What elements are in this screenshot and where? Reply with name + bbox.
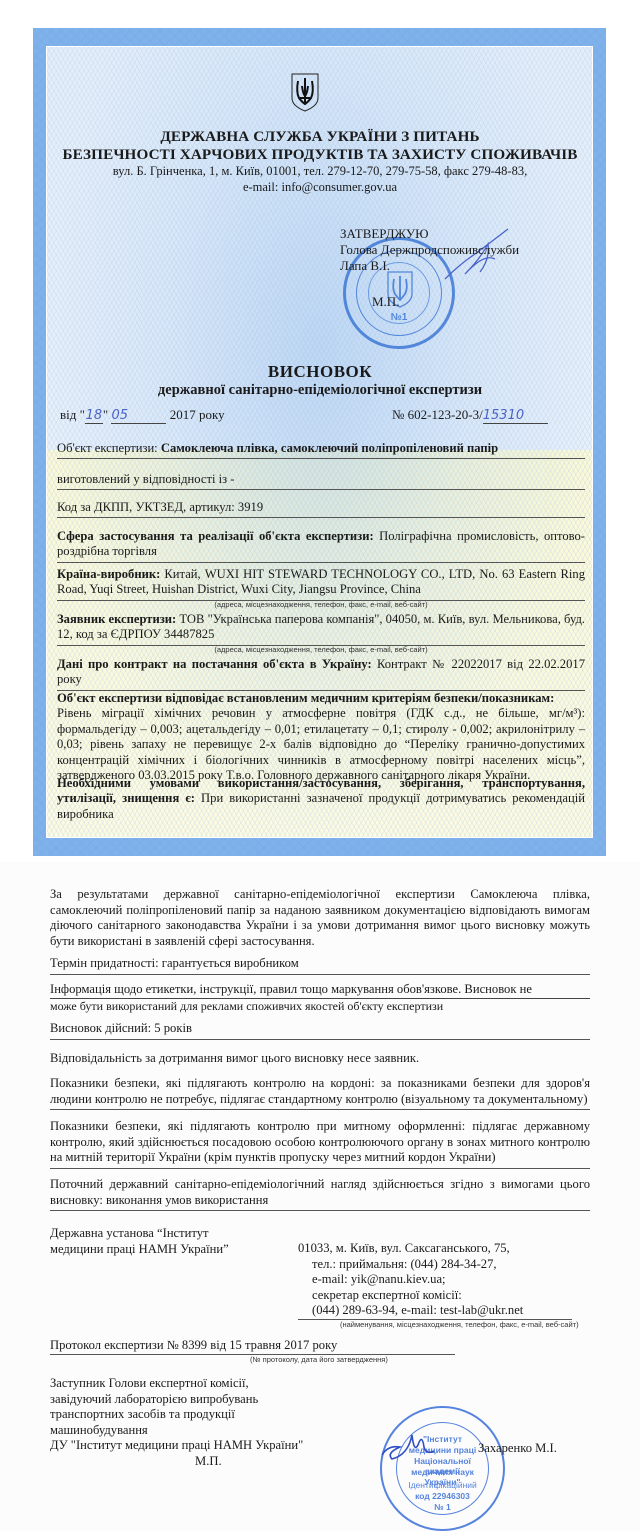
stamp-number: №1 <box>346 312 452 323</box>
commission-secretary-contact: (044) 289-63-94, e-mail: test-lab@ukr.ne… <box>298 1303 572 1320</box>
document-title: ВИСНОВОК <box>0 362 640 382</box>
product-code: Код за ДКПП, УКТЗЕД, артикул: 3919 <box>57 500 585 518</box>
signatory-line-2: завідуючий лабораторією випробувань <box>50 1392 303 1408</box>
signatory-line-4: машинобудування <box>50 1423 303 1439</box>
object-label: Об'єкт експертизи: <box>57 441 158 455</box>
object-value: Самоклеюча плівка, самоклеючий поліпропі… <box>161 441 498 455</box>
date-day: 18 <box>85 408 103 424</box>
manufacturer-country: Країна-виробник: Китай, WUXI HIT STEWARD… <box>57 567 585 601</box>
protocol-text: Протокол експертизи № 8399 від 15 травня… <box>50 1338 337 1352</box>
signatory-line-3: транспортних засобів та продукції <box>50 1407 303 1423</box>
protocol-line: Протокол експертизи № 8399 від 15 травня… <box>50 1336 455 1355</box>
contract-label: Дані про контракт на постачання об'єкта … <box>57 657 372 671</box>
agency-email: e-mail: info@consumer.gov.ua <box>0 180 640 195</box>
stamp-line-5: Ідентифікаційний <box>402 1480 483 1490</box>
applicant-address-note: (адреса, місцезнаходження, телефон, факс… <box>57 645 585 654</box>
country-label: Країна-виробник: <box>57 567 160 581</box>
signatory-signature <box>378 1425 438 1465</box>
applicant-label: Заявник експертизи: <box>57 612 176 626</box>
signatory-line-5: ДУ "Інститут медицини праці НАМН України… <box>50 1438 303 1454</box>
manufacturer-address-note: (адреса, місцезнаходження, телефон, факс… <box>57 600 585 609</box>
labeling-info: Інформація щодо етикетки, інструкції, пр… <box>50 982 590 1014</box>
date-quote: " <box>103 407 108 422</box>
protocol-note: (№ протоколу, дата його затвердження) <box>250 1355 388 1364</box>
approval-label: ЗАТВЕРДЖУЮ <box>340 226 428 241</box>
criteria-label: Об'єкт експертизи відповідає встановлени… <box>57 691 554 705</box>
scope-of-use: Сфера застосування та реалізації об'єкта… <box>57 529 585 563</box>
commission-secretary-label: секретар експертної комісії: <box>298 1288 572 1304</box>
institution-address-line-1: 01033, м. Київ, вул. Саксаганського, 75, <box>298 1241 572 1257</box>
criteria-value: Рівень міграції хімічних речовин у атмос… <box>57 706 585 782</box>
institution-phone: тел.: приймальня: (044) 284-34-27, <box>298 1257 572 1273</box>
contract-info: Дані про контракт на постачання об'єкта … <box>57 657 585 691</box>
made-per-standard: виготовлений у відповідності із - <box>57 472 585 490</box>
border-control: Показники безпеки, які підлягають контро… <box>50 1076 590 1110</box>
safety-criteria: Об'єкт експертизи відповідає встановлени… <box>57 691 585 783</box>
sanitary-supervision: Поточний державний санітарно-епідеміолог… <box>50 1177 590 1211</box>
conclusion-text: За результатами державної санітарно-епід… <box>50 887 590 949</box>
labeling-info-line-1: Інформація щодо етикетки, інструкції, пр… <box>50 982 590 999</box>
number-prefix: № 602-123-20-3/ <box>392 407 483 422</box>
validity-period: Висновок дійсний: 5 років <box>50 1021 590 1040</box>
stamp-id-code: код 22946303 <box>402 1491 483 1501</box>
applicant: Заявник експертизи: ТОВ "Українська папе… <box>57 612 585 646</box>
institution-address: 01033, м. Київ, вул. Саксаганського, 75,… <box>298 1241 572 1320</box>
agency-name-line-1: ДЕРЖАВНА СЛУЖБА УКРАЇНИ З ПИТАНЬ <box>0 128 640 146</box>
date-month: 05 <box>111 408 166 424</box>
signatory-title: Заступник Голови експертної комісії, зав… <box>50 1376 303 1470</box>
institution-name-line-2: медицини праці НАМН України” <box>50 1242 229 1258</box>
labeling-info-line-2: може бути використаний для реклами спожи… <box>50 999 590 1015</box>
institution-email: e-mail: yik@nanu.kiev.ua; <box>298 1272 572 1288</box>
approval-position: Голова Держпродспоживслужби <box>340 242 519 257</box>
issue-date: від "18" 05 2017 року <box>60 407 225 424</box>
institution-name: Державна установа “Інститут медицини пра… <box>50 1226 229 1257</box>
approval-name: Лапа В.І. <box>340 258 390 273</box>
signatory-name: Захаренко М.І. <box>478 1441 557 1457</box>
document-subtitle: державної санітарно-епідеміологічної екс… <box>0 382 640 399</box>
scope-label: Сфера застосування та реалізації об'єкта… <box>57 529 374 543</box>
document-number: № 602-123-20-3/15310 <box>392 407 548 424</box>
approval-seal-label: М.П. <box>372 294 399 309</box>
responsibility: Відповідальність за дотримання вимог цьо… <box>50 1051 590 1067</box>
signatory-line-1: Заступник Голови експертної комісії, <box>50 1376 303 1392</box>
trident-coat-of-arms-icon <box>290 72 320 112</box>
usage-conditions: Необхідними умовами використання/застосу… <box>57 776 585 822</box>
agency-name-line-2: БЕЗПЕЧНОСТІ ХАРЧОВИХ ПРОДУКТІВ ТА ЗАХИСТ… <box>0 146 640 164</box>
date-prefix: від " <box>60 407 85 422</box>
agency-address: вул. Б. Грінченка, 1, м. Київ, 01001, те… <box>0 164 640 179</box>
stamp-number-2: № 1 <box>402 1502 483 1512</box>
signatory-seal-label: М.П. <box>50 1454 303 1470</box>
expertise-object: Об'єкт експертизи: Самоклеюча плівка, са… <box>57 441 585 459</box>
institution-note: (найменування, місцезнаходження, телефон… <box>340 1320 579 1329</box>
number-handwritten: 15310 <box>483 408 548 424</box>
shelf-life: Термін придатності: гарантується виробни… <box>50 956 590 975</box>
customs-control: Показники безпеки, які підлягають контро… <box>50 1119 590 1169</box>
institution-name-line-1: Державна установа “Інститут <box>50 1226 229 1242</box>
date-year: 2017 року <box>170 407 225 422</box>
